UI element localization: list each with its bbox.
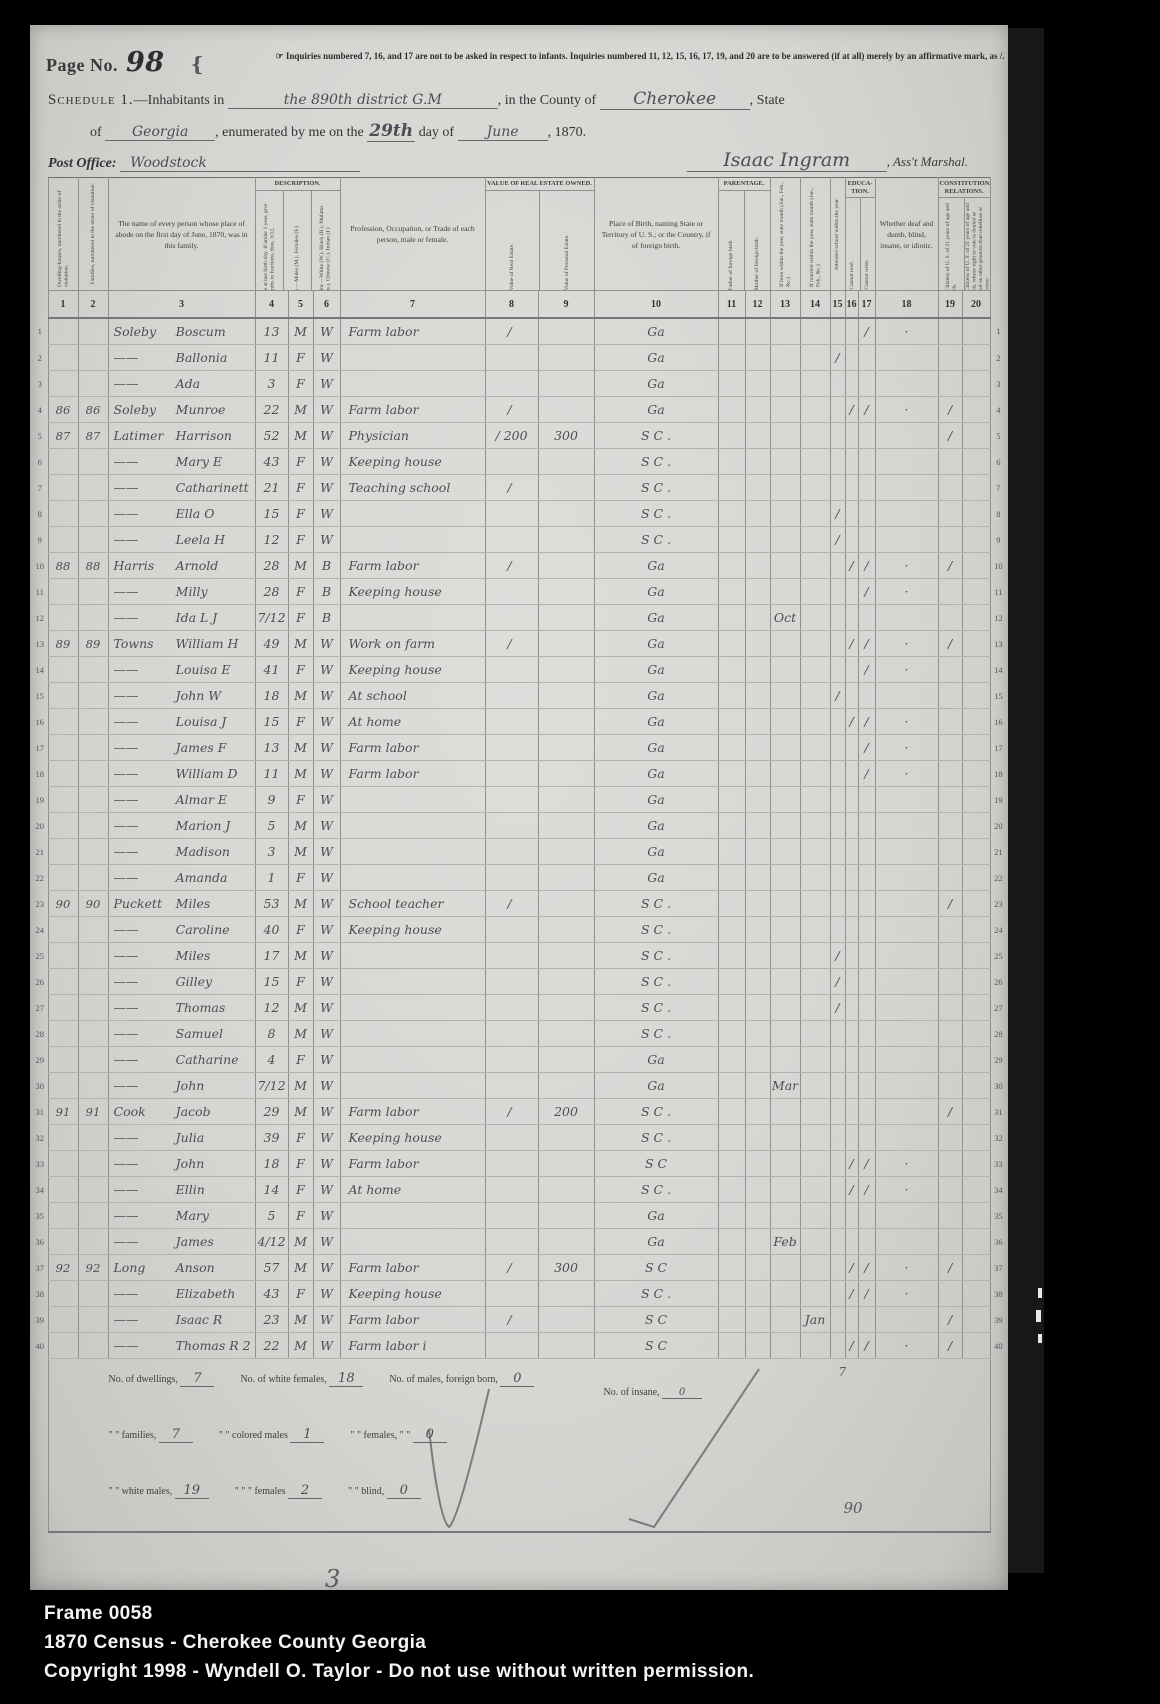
line-number: 10 bbox=[990, 553, 1006, 579]
age: 12 bbox=[255, 995, 288, 1021]
day-handwritten: 29th bbox=[367, 121, 415, 142]
deaf-dumb-note bbox=[875, 501, 938, 527]
color: W bbox=[313, 371, 340, 397]
table-row: 21——Madison3MWGa21 bbox=[32, 839, 1006, 865]
deaf-dumb-note bbox=[875, 1021, 938, 1047]
line-number: 10 bbox=[32, 553, 48, 579]
line-number: 40 bbox=[990, 1333, 1006, 1359]
father-foreign-mark bbox=[718, 891, 745, 917]
cannot-write-mark bbox=[858, 475, 875, 501]
table-header: Dwelling-houses, numbered in the order o… bbox=[32, 178, 1006, 319]
caption-copyright: Copyright 1998 - Wyndell O. Taylor - Do … bbox=[44, 1661, 754, 1683]
personal-estate-value: 300 bbox=[538, 1255, 594, 1281]
personal-estate-value bbox=[538, 1151, 594, 1177]
sex: M bbox=[288, 761, 313, 787]
color: W bbox=[313, 865, 340, 891]
table-row: 36——James4/12MWGaFeb36 bbox=[32, 1229, 1006, 1255]
month-born bbox=[770, 1281, 800, 1307]
vote-denied-mark bbox=[962, 735, 990, 761]
color: W bbox=[313, 657, 340, 683]
age: 15 bbox=[255, 969, 288, 995]
month-born bbox=[770, 761, 800, 787]
person-name: SolebyMunroe bbox=[108, 397, 255, 423]
line-number: 17 bbox=[32, 735, 48, 761]
dwelling-number: 90 bbox=[48, 891, 78, 917]
mother-foreign-mark bbox=[745, 995, 770, 1021]
attended-school-mark bbox=[830, 397, 845, 423]
person-name: HarrisArnold bbox=[108, 553, 255, 579]
color: B bbox=[313, 553, 340, 579]
sex: F bbox=[288, 709, 313, 735]
sex: F bbox=[288, 527, 313, 553]
line-number: 7 bbox=[32, 475, 48, 501]
occupation bbox=[340, 1021, 485, 1047]
line-number: 2 bbox=[32, 345, 48, 371]
color: W bbox=[313, 1047, 340, 1073]
person-name: ——Caroline bbox=[108, 917, 255, 943]
caption-block: Frame 0058 1870 Census - Cherokee County… bbox=[44, 1603, 754, 1690]
family-number bbox=[78, 683, 108, 709]
month-born bbox=[770, 917, 800, 943]
pencil-mark-seven: 7 bbox=[839, 1365, 847, 1379]
line-number: 17 bbox=[990, 735, 1006, 761]
month-married bbox=[800, 501, 830, 527]
attended-school-mark bbox=[830, 761, 845, 787]
table-row: 35——Mary5FWGa35 bbox=[32, 1203, 1006, 1229]
real-estate-value bbox=[485, 1125, 538, 1151]
family-number bbox=[78, 943, 108, 969]
table-row: 20——Marion J5MWGa20 bbox=[32, 813, 1006, 839]
attended-school-mark bbox=[830, 1203, 845, 1229]
line-number: 27 bbox=[990, 995, 1006, 1021]
cannot-write-mark bbox=[858, 943, 875, 969]
sex: M bbox=[288, 1099, 313, 1125]
line-number: 8 bbox=[32, 501, 48, 527]
cannot-write-mark bbox=[858, 917, 875, 943]
person-name: ——Mary bbox=[108, 1203, 255, 1229]
cannot-read-mark bbox=[845, 813, 858, 839]
line-number: 21 bbox=[32, 839, 48, 865]
cannot-read-mark bbox=[845, 318, 858, 345]
total-item: No. of dwellings, 7 bbox=[109, 1371, 215, 1387]
line-number: 14 bbox=[990, 657, 1006, 683]
line-number: 27 bbox=[32, 995, 48, 1021]
cannot-read-mark: / bbox=[845, 631, 858, 657]
month-married bbox=[800, 1073, 830, 1099]
person-name: ——James bbox=[108, 1229, 255, 1255]
occupation bbox=[340, 995, 485, 1021]
age: 22 bbox=[255, 397, 288, 423]
real-estate-value bbox=[485, 995, 538, 1021]
occupation: Farm labor bbox=[340, 1307, 485, 1333]
birthplace: Ga bbox=[594, 813, 718, 839]
cannot-read-mark bbox=[845, 761, 858, 787]
mother-foreign-mark bbox=[745, 579, 770, 605]
family-number: 89 bbox=[78, 631, 108, 657]
line-number: 14 bbox=[32, 657, 48, 683]
color: W bbox=[313, 735, 340, 761]
sex: M bbox=[288, 1307, 313, 1333]
real-estate-value bbox=[485, 579, 538, 605]
dwelling-number bbox=[48, 709, 78, 735]
birthplace: Ga bbox=[594, 371, 718, 397]
dwelling-number bbox=[48, 1333, 78, 1359]
color: B bbox=[313, 605, 340, 631]
line-number: 9 bbox=[990, 527, 1006, 553]
personal-estate-value bbox=[538, 553, 594, 579]
margin-spacer bbox=[32, 178, 48, 291]
month-married bbox=[800, 1125, 830, 1151]
person-name: ——John bbox=[108, 1151, 255, 1177]
month-born bbox=[770, 943, 800, 969]
cannot-write-mark bbox=[858, 1021, 875, 1047]
line-number: 23 bbox=[990, 891, 1006, 917]
deaf-dumb-note bbox=[875, 371, 938, 397]
dwelling-number bbox=[48, 1229, 78, 1255]
family-number: 90 bbox=[78, 891, 108, 917]
table-row: 25——Miles17MWS C ./25 bbox=[32, 943, 1006, 969]
age: 3 bbox=[255, 839, 288, 865]
occupation: Keeping house bbox=[340, 579, 485, 605]
real-estate-value bbox=[485, 1021, 538, 1047]
vote-denied-mark bbox=[962, 1151, 990, 1177]
personal-estate-value bbox=[538, 527, 594, 553]
dwelling-number bbox=[48, 345, 78, 371]
dwelling-number bbox=[48, 787, 78, 813]
cannot-write-mark bbox=[858, 1203, 875, 1229]
line-number: 18 bbox=[32, 761, 48, 787]
age: 52 bbox=[255, 423, 288, 449]
cannot-write-mark bbox=[858, 605, 875, 631]
real-estate-value: / bbox=[485, 1255, 538, 1281]
month-married bbox=[800, 397, 830, 423]
male-citizen-21-mark bbox=[938, 1151, 962, 1177]
dwelling-number bbox=[48, 943, 78, 969]
color: B bbox=[313, 579, 340, 605]
mother-foreign-mark bbox=[745, 657, 770, 683]
family-number bbox=[78, 1203, 108, 1229]
month-married bbox=[800, 1203, 830, 1229]
person-name: ——Catharinett bbox=[108, 475, 255, 501]
line-number: 11 bbox=[990, 579, 1006, 605]
month-born bbox=[770, 709, 800, 735]
month-born bbox=[770, 527, 800, 553]
male-citizen-21-mark bbox=[938, 657, 962, 683]
male-citizen-21-mark bbox=[938, 709, 962, 735]
attended-school-mark bbox=[830, 1307, 845, 1333]
month-born bbox=[770, 1307, 800, 1333]
father-foreign-mark bbox=[718, 969, 745, 995]
month-married bbox=[800, 449, 830, 475]
personal-estate-value: 300 bbox=[538, 423, 594, 449]
father-foreign-mark bbox=[718, 371, 745, 397]
personal-estate-value bbox=[538, 1333, 594, 1359]
line-number: 36 bbox=[32, 1229, 48, 1255]
table-row: 33——John18FWFarm laborS C//·33 bbox=[32, 1151, 1006, 1177]
personal-estate-value bbox=[538, 943, 594, 969]
month-married: Jan bbox=[800, 1307, 830, 1333]
schedule-line-2: of Georgia, enumerated by me on the 29th… bbox=[90, 121, 990, 142]
month-born bbox=[770, 423, 800, 449]
birthplace: S C bbox=[594, 1333, 718, 1359]
family-number bbox=[78, 1281, 108, 1307]
birthplace: S C . bbox=[594, 449, 718, 475]
cannot-write-mark bbox=[858, 839, 875, 865]
vote-denied-mark bbox=[962, 475, 990, 501]
mother-foreign-mark bbox=[745, 735, 770, 761]
dwelling-number bbox=[48, 527, 78, 553]
father-foreign-mark bbox=[718, 527, 745, 553]
person-name: TownsWilliam H bbox=[108, 631, 255, 657]
birthplace: Ga bbox=[594, 605, 718, 631]
personal-estate-value bbox=[538, 1177, 594, 1203]
attended-school-mark bbox=[830, 735, 845, 761]
dwelling-number: 89 bbox=[48, 631, 78, 657]
cannot-read-mark bbox=[845, 527, 858, 553]
real-estate-value bbox=[485, 735, 538, 761]
attended-school-mark bbox=[830, 1125, 845, 1151]
age: 23 bbox=[255, 1307, 288, 1333]
vote-denied-mark bbox=[962, 397, 990, 423]
family-number bbox=[78, 917, 108, 943]
dwelling-number bbox=[48, 1125, 78, 1151]
mother-foreign-mark bbox=[745, 553, 770, 579]
deaf-dumb-note bbox=[875, 1125, 938, 1151]
line-number: 25 bbox=[990, 943, 1006, 969]
dwelling-number bbox=[48, 371, 78, 397]
deaf-dumb-note bbox=[875, 839, 938, 865]
month-married bbox=[800, 787, 830, 813]
male-citizen-21-mark: / bbox=[938, 1333, 962, 1359]
deaf-dumb-note: · bbox=[875, 1333, 938, 1359]
personal-estate-value: 200 bbox=[538, 1099, 594, 1125]
age: 28 bbox=[255, 553, 288, 579]
vote-denied-mark bbox=[962, 1307, 990, 1333]
month-born bbox=[770, 865, 800, 891]
family-number bbox=[78, 787, 108, 813]
deaf-dumb-note bbox=[875, 345, 938, 371]
line-number: 40 bbox=[32, 1333, 48, 1359]
cannot-write-mark bbox=[858, 1229, 875, 1255]
line-number: 29 bbox=[32, 1047, 48, 1073]
father-foreign-mark bbox=[718, 1021, 745, 1047]
dwelling-number bbox=[48, 1203, 78, 1229]
dwelling-number bbox=[48, 1073, 78, 1099]
caption-title: 1870 Census - Cherokee County Georgia bbox=[44, 1632, 754, 1654]
table-row: 16——Louisa J15FWAt homeGa//·16 bbox=[32, 709, 1006, 735]
male-citizen-21-mark bbox=[938, 1125, 962, 1151]
attended-school-mark: / bbox=[830, 969, 845, 995]
father-foreign-mark bbox=[718, 1177, 745, 1203]
line-number: 30 bbox=[990, 1073, 1006, 1099]
personal-estate-value bbox=[538, 449, 594, 475]
county-handwritten: Cherokee bbox=[600, 89, 750, 110]
table-row: 2——Ballonia11FWGa/2 bbox=[32, 345, 1006, 371]
male-citizen-21-mark bbox=[938, 995, 962, 1021]
personal-estate-value bbox=[538, 345, 594, 371]
vote-denied-mark bbox=[962, 1229, 990, 1255]
person-name: ——Thomas R 2 bbox=[108, 1333, 255, 1359]
cannot-read-mark bbox=[845, 683, 858, 709]
cannot-write-mark bbox=[858, 1047, 875, 1073]
deaf-dumb-note bbox=[875, 969, 938, 995]
family-number bbox=[78, 371, 108, 397]
sex: M bbox=[288, 995, 313, 1021]
total-item: " " colored males 1 bbox=[219, 1427, 324, 1443]
deaf-dumb-note bbox=[875, 423, 938, 449]
family-number bbox=[78, 501, 108, 527]
deaf-dumb-note bbox=[875, 943, 938, 969]
color: W bbox=[313, 1307, 340, 1333]
month-married bbox=[800, 423, 830, 449]
line-number: 20 bbox=[32, 813, 48, 839]
line-number: 8 bbox=[990, 501, 1006, 527]
vote-denied-mark bbox=[962, 943, 990, 969]
attended-school-mark bbox=[830, 553, 845, 579]
year-text: , 1870. bbox=[548, 125, 587, 140]
color: W bbox=[313, 449, 340, 475]
cannot-read-mark: / bbox=[845, 397, 858, 423]
dwelling-number bbox=[48, 1047, 78, 1073]
line-number: 29 bbox=[990, 1047, 1006, 1073]
personal-estate-value bbox=[538, 891, 594, 917]
vote-denied-mark bbox=[962, 1281, 990, 1307]
male-citizen-21-mark bbox=[938, 579, 962, 605]
sex: M bbox=[288, 631, 313, 657]
cannot-write-mark: / bbox=[858, 631, 875, 657]
vote-denied-mark bbox=[962, 1021, 990, 1047]
month-married bbox=[800, 865, 830, 891]
line-number: 6 bbox=[32, 449, 48, 475]
father-foreign-mark bbox=[718, 1333, 745, 1359]
table-row: 27——Thomas12MWS C ./27 bbox=[32, 995, 1006, 1021]
vote-denied-mark bbox=[962, 839, 990, 865]
mother-foreign-mark bbox=[745, 318, 770, 345]
month-born bbox=[770, 449, 800, 475]
month-married bbox=[800, 318, 830, 345]
birthplace: Ga bbox=[594, 631, 718, 657]
month-married bbox=[800, 579, 830, 605]
table-row: 28——Samuel8MWS C .28 bbox=[32, 1021, 1006, 1047]
real-estate-value bbox=[485, 1047, 538, 1073]
attended-school-mark: / bbox=[830, 527, 845, 553]
age: 7/12 bbox=[255, 605, 288, 631]
male-citizen-21-mark bbox=[938, 501, 962, 527]
scan-artifact bbox=[1038, 1334, 1042, 1343]
age: 15 bbox=[255, 709, 288, 735]
male-citizen-21-mark bbox=[938, 1073, 962, 1099]
father-foreign-mark bbox=[718, 1151, 745, 1177]
sex: F bbox=[288, 345, 313, 371]
page-number-value: 98 bbox=[126, 47, 165, 78]
birthplace: S C . bbox=[594, 995, 718, 1021]
attended-school-mark bbox=[830, 1281, 845, 1307]
cannot-read-mark bbox=[845, 735, 858, 761]
age: 1 bbox=[255, 865, 288, 891]
dwelling-number bbox=[48, 1307, 78, 1333]
person-name: ——Ballonia bbox=[108, 345, 255, 371]
line-number: 19 bbox=[32, 787, 48, 813]
real-estate-value: / bbox=[485, 891, 538, 917]
age: 13 bbox=[255, 318, 288, 345]
attended-school-mark: / bbox=[830, 683, 845, 709]
male-citizen-21-mark bbox=[938, 449, 962, 475]
cannot-write-mark: / bbox=[858, 1281, 875, 1307]
table-row: 58787LatimerHarrison52MWPhysician/200300… bbox=[32, 423, 1006, 449]
total-item: " " " females 2 bbox=[235, 1483, 322, 1499]
person-name: ——Milly bbox=[108, 579, 255, 605]
month-married bbox=[800, 605, 830, 631]
age: 21 bbox=[255, 475, 288, 501]
mother-foreign-mark bbox=[745, 917, 770, 943]
deaf-dumb-note bbox=[875, 1307, 938, 1333]
month-married bbox=[800, 995, 830, 1021]
cannot-write-mark: / bbox=[858, 318, 875, 345]
month-married bbox=[800, 735, 830, 761]
line-number: 2 bbox=[990, 345, 1006, 371]
person-name: ——Marion J bbox=[108, 813, 255, 839]
attended-school-mark bbox=[830, 449, 845, 475]
page-number-block: Page No.98{ bbox=[46, 47, 204, 78]
deaf-dumb-note bbox=[875, 1203, 938, 1229]
attended-school-mark bbox=[830, 579, 845, 605]
line-number: 34 bbox=[990, 1177, 1006, 1203]
personal-estate-value bbox=[538, 1203, 594, 1229]
table-row: 40——Thomas R 222MWFarm labor iS C//·/40 bbox=[32, 1333, 1006, 1359]
mother-foreign-mark bbox=[745, 501, 770, 527]
father-foreign-mark bbox=[718, 1203, 745, 1229]
birthplace: Ga bbox=[594, 318, 718, 345]
personal-estate-value bbox=[538, 1073, 594, 1099]
color: W bbox=[313, 475, 340, 501]
ink-brace-mark: { bbox=[191, 52, 204, 76]
father-foreign-mark bbox=[718, 423, 745, 449]
month-born bbox=[770, 1125, 800, 1151]
dwelling-number bbox=[48, 1281, 78, 1307]
line-number: 20 bbox=[990, 813, 1006, 839]
color: W bbox=[313, 345, 340, 371]
father-foreign-mark bbox=[718, 995, 745, 1021]
line-number: 32 bbox=[990, 1125, 1006, 1151]
age: 13 bbox=[255, 735, 288, 761]
person-name: ——Miles bbox=[108, 943, 255, 969]
age: 53 bbox=[255, 891, 288, 917]
cannot-read-mark bbox=[845, 969, 858, 995]
census-table-body: 1SolebyBoscum13MWFarm labor/Ga/·12——Ball… bbox=[32, 318, 1006, 1359]
occupation: Farm labor bbox=[340, 318, 485, 345]
father-foreign-mark bbox=[718, 709, 745, 735]
color: W bbox=[313, 813, 340, 839]
age: 8 bbox=[255, 1021, 288, 1047]
vote-denied-mark bbox=[962, 995, 990, 1021]
occupation: Work on farm bbox=[340, 631, 485, 657]
mother-foreign-mark bbox=[745, 371, 770, 397]
personal-estate-value bbox=[538, 579, 594, 605]
person-name: ——James F bbox=[108, 735, 255, 761]
schedule-text: —Inhabitants in bbox=[134, 93, 225, 108]
line-number: 35 bbox=[990, 1203, 1006, 1229]
personal-estate-value bbox=[538, 709, 594, 735]
male-citizen-21-mark bbox=[938, 1281, 962, 1307]
table-row: 24——Caroline40FWKeeping houseS C .24 bbox=[32, 917, 1006, 943]
line-number: 16 bbox=[32, 709, 48, 735]
month-married bbox=[800, 891, 830, 917]
male-citizen-21-mark bbox=[938, 917, 962, 943]
color: W bbox=[313, 1255, 340, 1281]
color: W bbox=[313, 1073, 340, 1099]
color: W bbox=[313, 423, 340, 449]
sex: M bbox=[288, 891, 313, 917]
